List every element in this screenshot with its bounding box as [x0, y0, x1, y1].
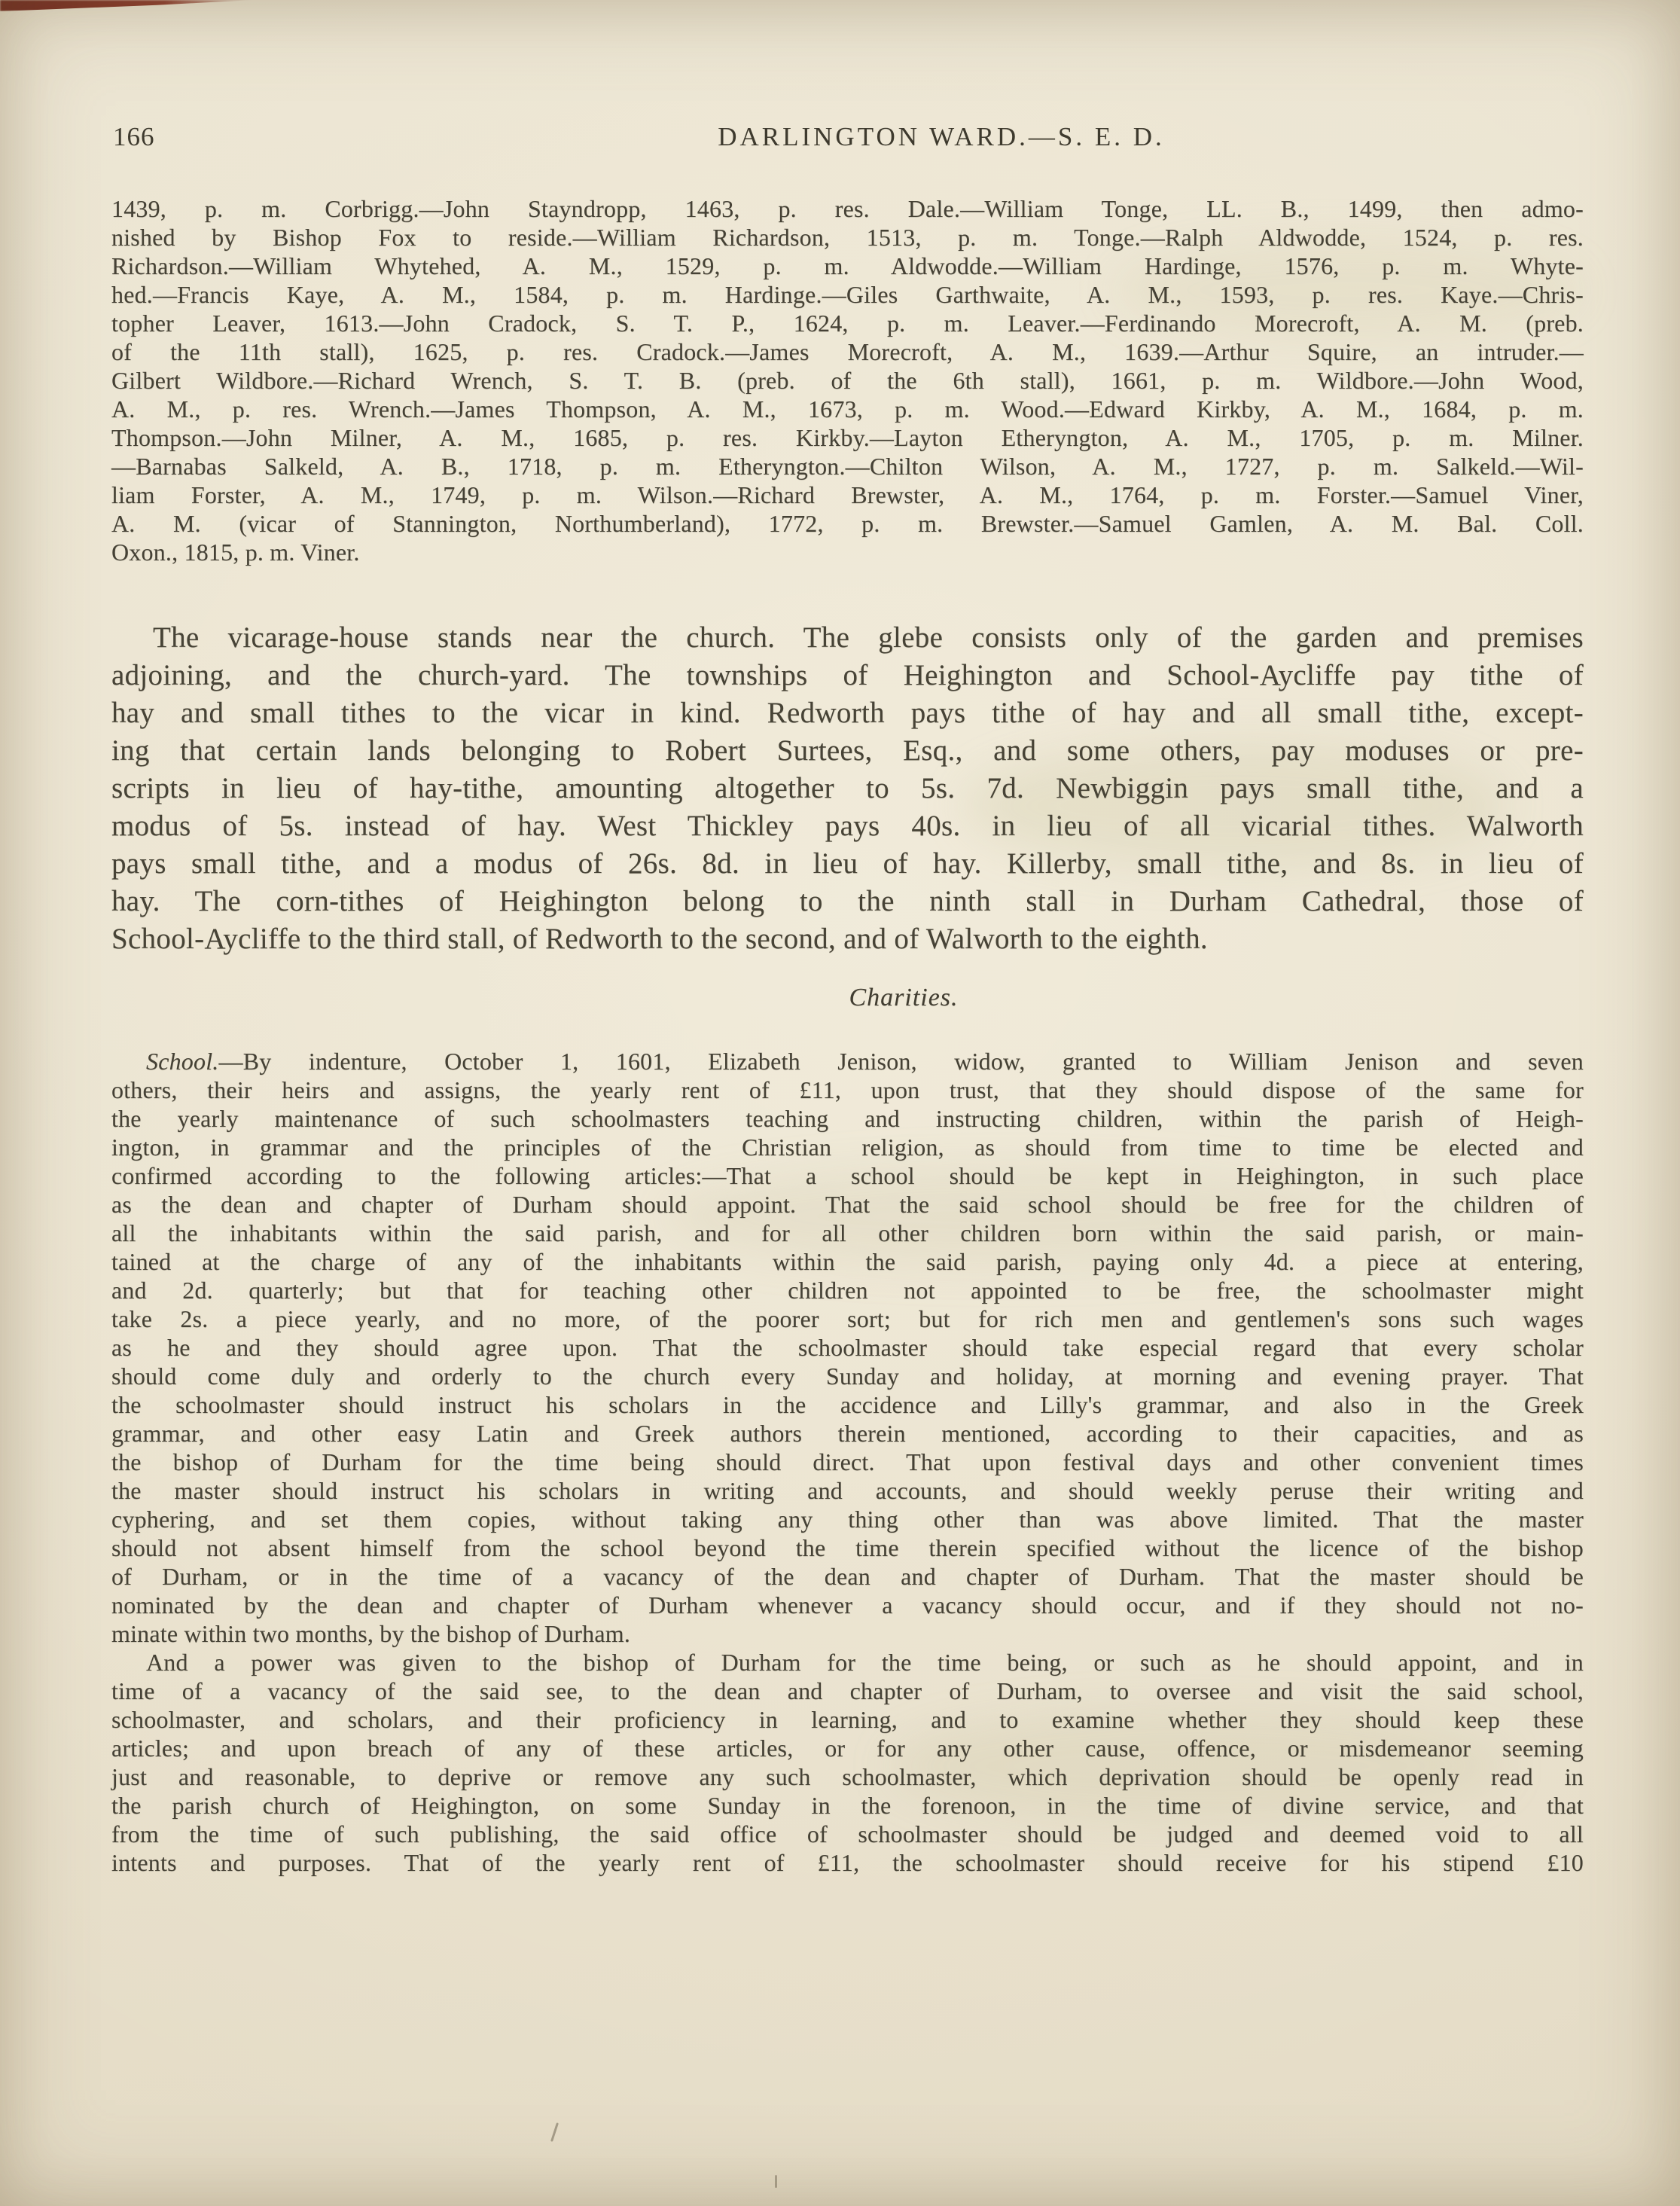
text-line: grammar, and other easy Latin and Greek … [111, 1419, 1584, 1448]
text-line: ington, in grammar and the principles of… [111, 1133, 1584, 1161]
text-line: the schoolmaster should instruct his sch… [111, 1390, 1584, 1419]
text-line: adjoining, and the church-yard. The town… [111, 657, 1584, 694]
text-line: and 2d. quarterly; but that for teaching… [111, 1276, 1584, 1304]
text-line: liam Forster, A. M., 1749, p. m. Wilson.… [111, 481, 1584, 509]
section-heading-charities: Charities. [849, 984, 958, 1012]
text-line: 1439, p. m. Corbrigg.—John Stayndropp, 1… [111, 194, 1584, 223]
text-line: ing that certain lands belonging to Robe… [111, 732, 1584, 770]
paragraph-incumbent-succession: 1439, p. m. Corbrigg.—John Stayndropp, 1… [111, 194, 1584, 566]
text-line: nominated by the dean and chapter of Dur… [111, 1591, 1584, 1619]
scan-mark [775, 2175, 777, 2188]
text-line: —Barnabas Salkeld, A. B., 1718, p. m. Et… [111, 452, 1584, 481]
text-line: A. M., p. res. Wrench.—James Thompson, A… [111, 395, 1584, 423]
text-line: Richardson.—William Whytehed, A. M., 152… [111, 252, 1584, 280]
text-line: The vicarage-house stands near the churc… [111, 619, 1584, 657]
text-line: the bishop of Durham for the time being … [111, 1448, 1584, 1476]
text-line: School.—By indenture, October 1, 1601, E… [111, 1047, 1584, 1076]
text-line: School-Aycliffe to the third stall, of R… [111, 920, 1584, 958]
text-line: of the 11th stall), 1625, p. res. Cradoc… [111, 337, 1584, 366]
text-line: as he and they should agree upon. That t… [111, 1333, 1584, 1362]
text-line: confirmed according to the following art… [111, 1161, 1584, 1190]
text-line: And a power was given to the bishop of D… [111, 1648, 1584, 1677]
page-number: 166 [113, 122, 155, 152]
text-line: A. M. (vicar of Stannington, Northumberl… [111, 509, 1584, 538]
text-line: intents and purposes. That of the yearly… [111, 1848, 1584, 1877]
text-line: Thompson.—John Milner, A. M., 1685, p. r… [111, 423, 1584, 452]
text-line: should not absent himself from the schoo… [111, 1533, 1584, 1562]
page-header: 166 DARLINGTON WARD.—S. E. D. [0, 122, 1680, 157]
running-title: DARLINGTON WARD.—S. E. D. [718, 122, 1165, 152]
text-line: all the inhabitants within the said pari… [111, 1219, 1584, 1247]
scan-mark [550, 2122, 559, 2142]
text-line: pays small tithe, and a modus of 26s. 8d… [111, 845, 1584, 883]
text-line: should come duly and orderly to the chur… [111, 1362, 1584, 1390]
text-line: nished by Bishop Fox to reside.—William … [111, 223, 1584, 252]
text-line: take 2s. a piece yearly, and no more, of… [111, 1304, 1584, 1333]
text-line: of Durham, or in the time of a vacancy o… [111, 1562, 1584, 1591]
text-line: scripts in lieu of hay-tithe, amounting … [111, 770, 1584, 807]
text-line: minate within two months, by the bishop … [111, 1619, 1584, 1648]
text-line: hay and small tithes to the vicar in kin… [111, 694, 1584, 732]
text-line: cyphering, and set them copies, without … [111, 1505, 1584, 1533]
text-line: from the time of such publishing, the sa… [111, 1820, 1584, 1848]
scan-edge-artifact [0, 0, 253, 11]
text-line: as the dean and chapter of Durham should… [111, 1190, 1584, 1219]
text-line: articles; and upon breach of any of thes… [111, 1734, 1584, 1762]
text-line: others, their heirs and assigns, the yea… [111, 1076, 1584, 1104]
text-line: the yearly maintenance of such schoolmas… [111, 1104, 1584, 1133]
text-line: tained at the charge of any of the inhab… [111, 1247, 1584, 1276]
text-line: time of a vacancy of the said see, to th… [111, 1677, 1584, 1705]
paragraph-vicarage-and-glebe: The vicarage-house stands near the churc… [111, 619, 1584, 958]
paragraph-bishop-visitation-power: And a power was given to the bishop of D… [111, 1648, 1584, 1877]
text-line: hed.—Francis Kaye, A. M., 1584, p. m. Ha… [111, 280, 1584, 309]
book-page-scan: 166 DARLINGTON WARD.—S. E. D. 1439, p. m… [0, 0, 1680, 2206]
paragraph-lead-italic: School. [146, 1048, 219, 1075]
text-line: the parish church of Heighington, on som… [111, 1791, 1584, 1820]
text-line: the master should instruct his scholars … [111, 1476, 1584, 1505]
paragraph-school-charity: School.—By indenture, October 1, 1601, E… [111, 1047, 1584, 1648]
text-line: topher Leaver, 1613.—John Cradock, S. T.… [111, 309, 1584, 337]
text-line: schoolmaster, and scholars, and their pr… [111, 1705, 1584, 1734]
text-line: modus of 5s. instead of hay. West Thickl… [111, 807, 1584, 845]
text-line: just and reasonable, to deprive or remov… [111, 1762, 1584, 1791]
text-line: hay. The corn-tithes of Heighington belo… [111, 883, 1584, 920]
text-line: Oxon., 1815, p. m. Viner. [111, 538, 1584, 566]
text-line: Gilbert Wildbore.—Richard Wrench, S. T. … [111, 366, 1584, 395]
